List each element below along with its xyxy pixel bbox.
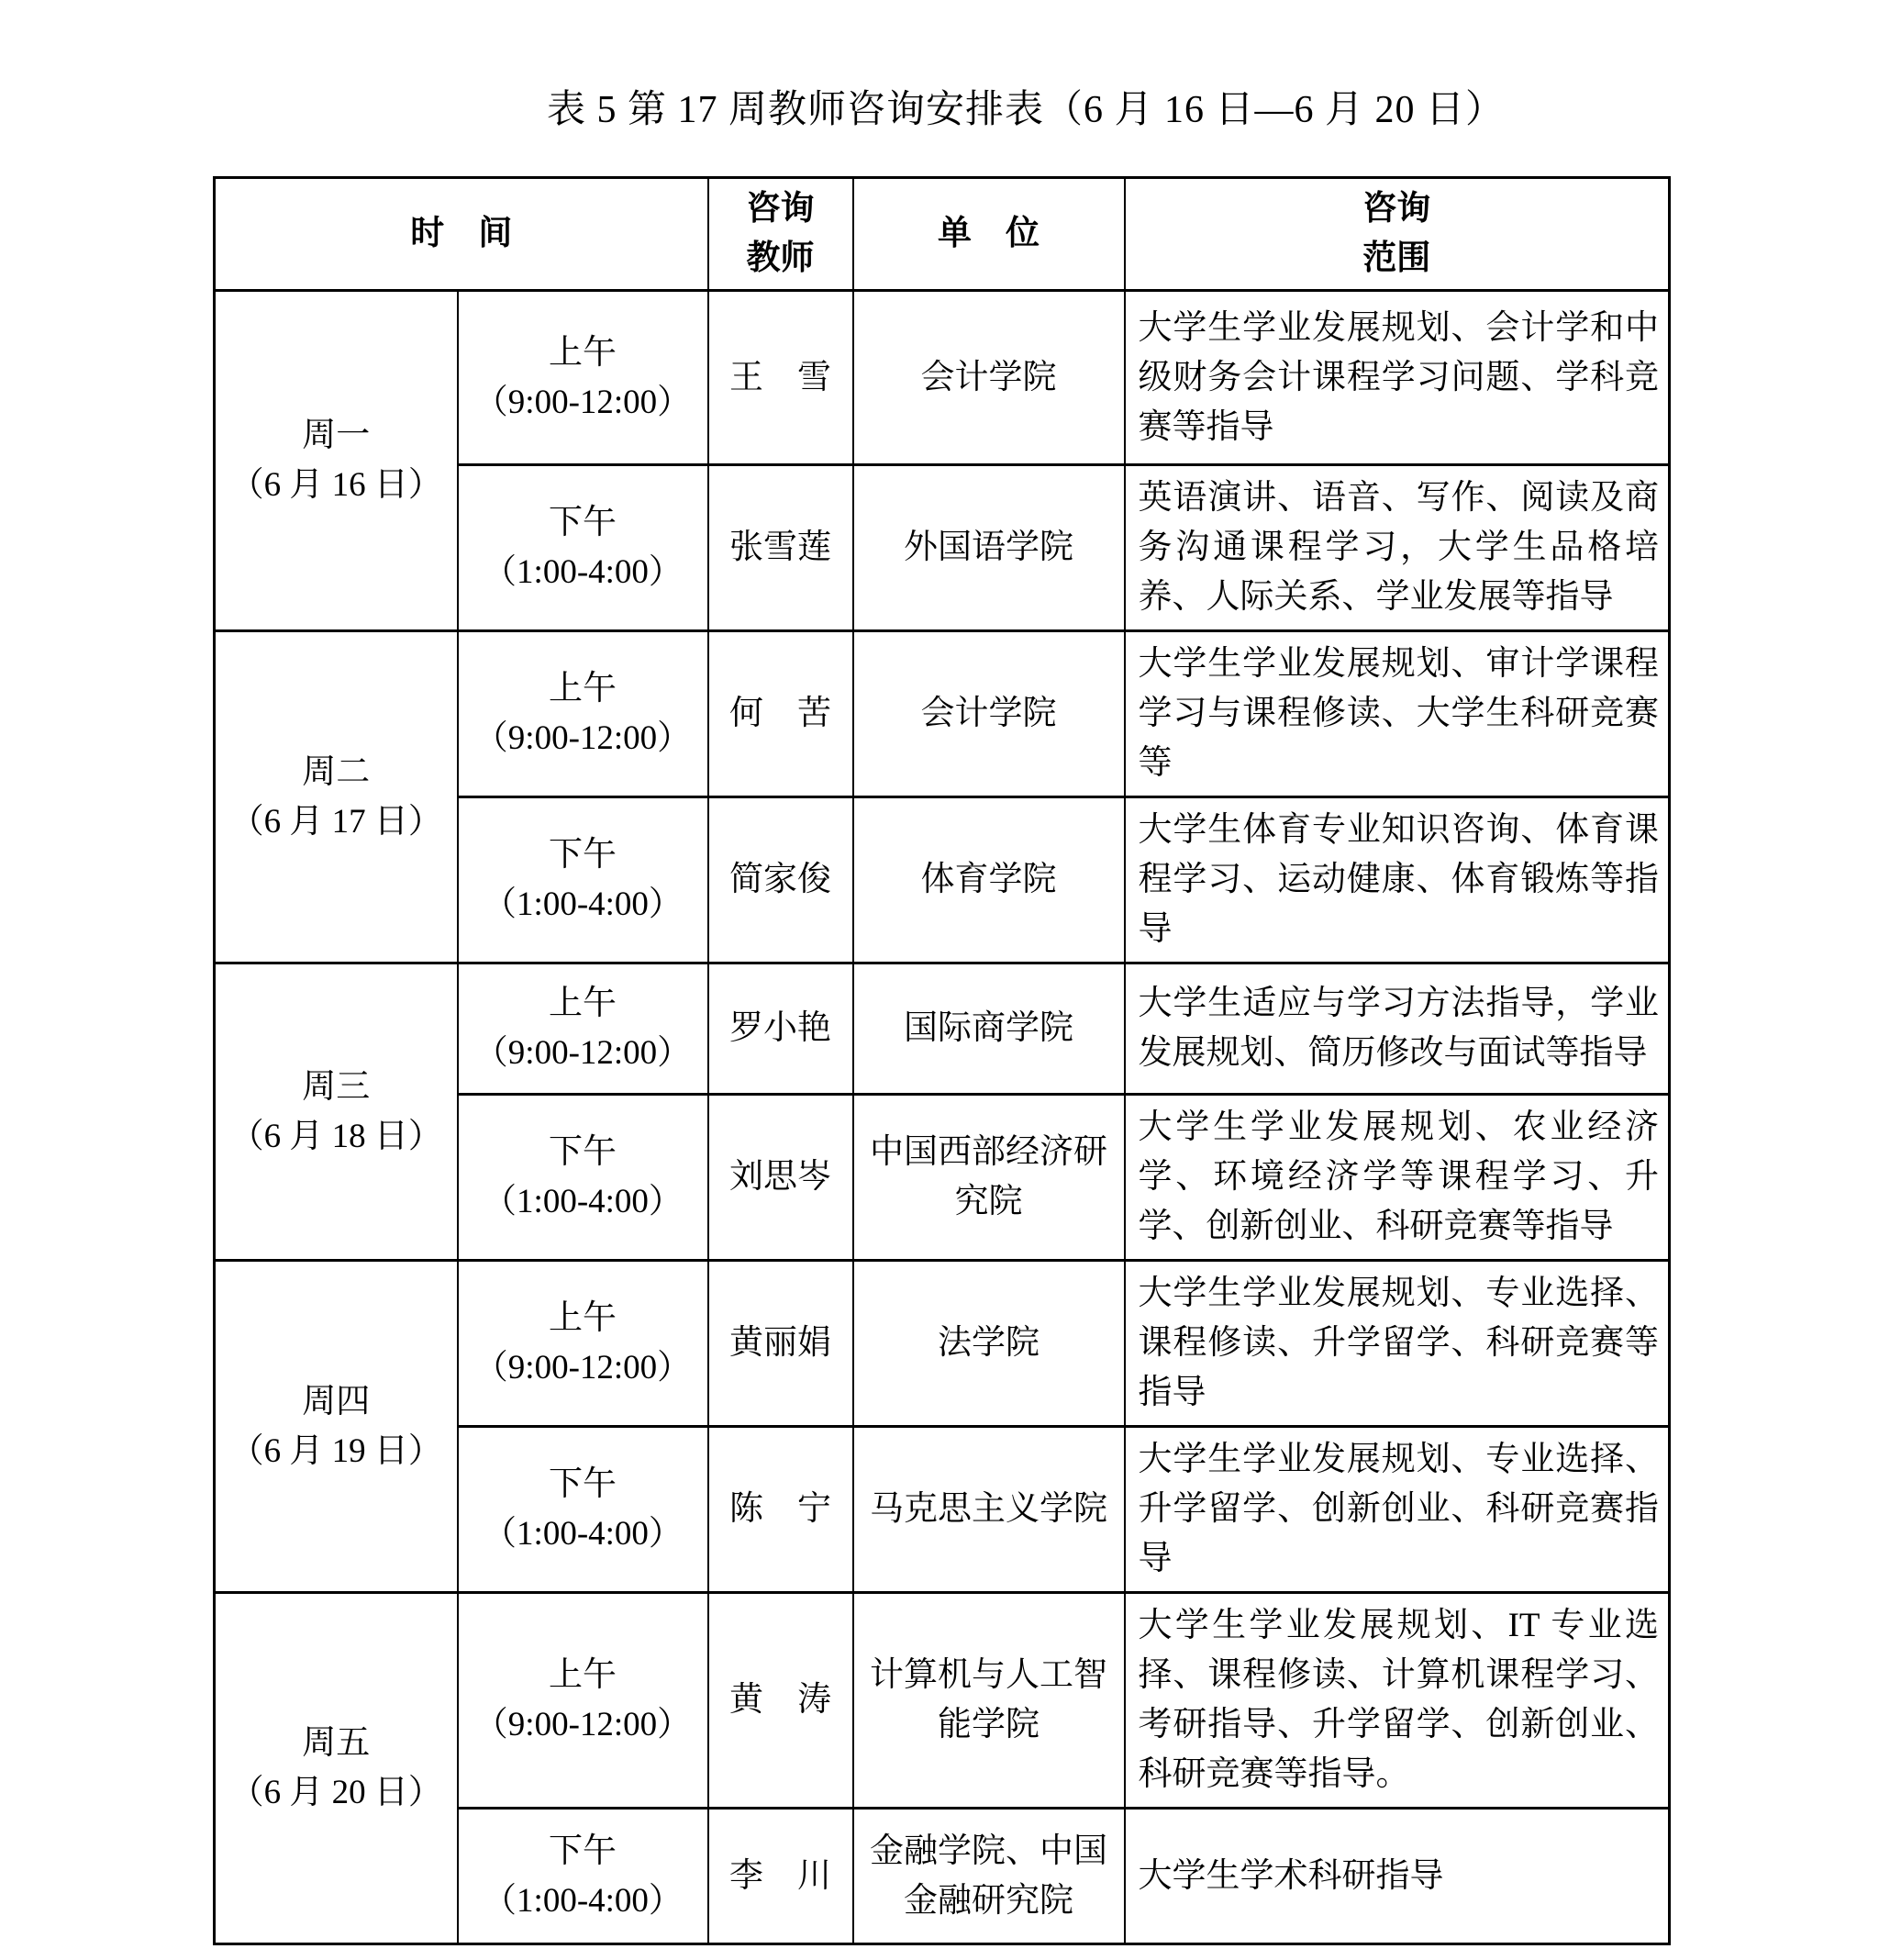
teacher-cell: 罗小艳 — [708, 963, 853, 1095]
scope-cell: 大学生学业发展规划、专业选择、课程修读、升学留学、科研竞赛等指导 — [1125, 1261, 1670, 1427]
unit-cell: 中国西部经济研究院 — [853, 1095, 1125, 1261]
teacher-cell: 简家俊 — [708, 797, 853, 963]
unit-cell: 马克思主义学院 — [853, 1427, 1125, 1593]
column-header-scope: 咨询 范围 — [1125, 178, 1670, 291]
header-row: 时 间 咨询 教师 单 位 咨询 范围 — [215, 178, 1670, 291]
scope-cell: 英语演讲、语音、写作、阅读及商务沟通课程学习，大学生品格培养、人际关系、学业发展… — [1125, 465, 1670, 631]
time-cell: 下午 （1:00-4:00） — [458, 797, 708, 963]
day-cell-thursday: 周四 （6 月 19 日） — [215, 1261, 458, 1593]
table-caption: 表 5 第 17 周教师咨询安排表（6 月 16 日—6 月 20 日） — [0, 84, 1879, 136]
day-cell-wednesday: 周三 （6 月 18 日） — [215, 963, 458, 1261]
day-cell-tuesday: 周二 （6 月 17 日） — [215, 631, 458, 963]
day-cell-monday: 周一 （6 月 16 日） — [215, 291, 458, 631]
time-cell: 下午 （1:00-4:00） — [458, 1427, 708, 1593]
teacher-cell: 刘思岑 — [708, 1095, 853, 1261]
time-cell: 上午 （9:00-12:00） — [458, 631, 708, 797]
time-cell: 上午 （9:00-12:00） — [458, 1261, 708, 1427]
unit-cell: 国际商学院 — [853, 963, 1125, 1095]
unit-cell: 体育学院 — [853, 797, 1125, 963]
consultation-schedule-table: 时 间 咨询 教师 单 位 咨询 范围 周一 （6 月 16 日） 上午 （9:… — [213, 176, 1671, 1945]
table-row: 周一 （6 月 16 日） 上午 （9:00-12:00） 王 雪 会计学院 大… — [215, 291, 1670, 465]
table-row: 周四 （6 月 19 日） 上午 （9:00-12:00） 黄丽娟 法学院 大学… — [215, 1261, 1670, 1427]
scope-cell: 大学生适应与学习方法指导，学业发展规划、简历修改与面试等指导 — [1125, 963, 1670, 1095]
table-row: 周二 （6 月 17 日） 上午 （9:00-12:00） 何 苦 会计学院 大… — [215, 631, 1670, 797]
time-cell: 上午 （9:00-12:00） — [458, 291, 708, 465]
scope-cell: 大学生学业发展规划、IT 专业选择、课程修读、计算机课程学习、考研指导、升学留学… — [1125, 1593, 1670, 1809]
table-row: 周五 （6 月 20 日） 上午 （9:00-12:00） 黄 涛 计算机与人工… — [215, 1593, 1670, 1809]
teacher-cell: 黄丽娟 — [708, 1261, 853, 1427]
teacher-cell: 张雪莲 — [708, 465, 853, 631]
time-cell: 下午 （1:00-4:00） — [458, 1809, 708, 1944]
scope-cell: 大学生学业发展规划、农业经济学、环境经济学等课程学习、升学、创新创业、科研竞赛等… — [1125, 1095, 1670, 1261]
unit-cell: 会计学院 — [853, 631, 1125, 797]
teacher-cell: 王 雪 — [708, 291, 853, 465]
column-header-unit: 单 位 — [853, 178, 1125, 291]
scope-cell: 大学生学术科研指导 — [1125, 1809, 1670, 1944]
day-cell-friday: 周五 （6 月 20 日） — [215, 1593, 458, 1944]
teacher-cell: 黄 涛 — [708, 1593, 853, 1809]
time-cell: 上午 （9:00-12:00） — [458, 1593, 708, 1809]
scope-cell: 大学生学业发展规划、审计学课程学习与课程修读、大学生科研竞赛等 — [1125, 631, 1670, 797]
unit-cell: 会计学院 — [853, 291, 1125, 465]
table-row: 周三 （6 月 18 日） 上午 （9:00-12:00） 罗小艳 国际商学院 … — [215, 963, 1670, 1095]
document-page: 表 5 第 17 周教师咨询安排表（6 月 16 日—6 月 20 日） 时 间… — [0, 0, 1879, 1960]
unit-cell: 法学院 — [853, 1261, 1125, 1427]
teacher-cell: 陈 宁 — [708, 1427, 853, 1593]
unit-cell: 计算机与人工智能学院 — [853, 1593, 1125, 1809]
scope-cell: 大学生学业发展规划、会计学和中级财务会计课程学习问题、学科竞赛等指导 — [1125, 291, 1670, 465]
time-cell: 上午 （9:00-12:00） — [458, 963, 708, 1095]
column-header-teacher: 咨询 教师 — [708, 178, 853, 291]
time-cell: 下午 （1:00-4:00） — [458, 465, 708, 631]
teacher-cell: 李 川 — [708, 1809, 853, 1944]
column-header-time: 时 间 — [215, 178, 708, 291]
teacher-cell: 何 苦 — [708, 631, 853, 797]
time-cell: 下午 （1:00-4:00） — [458, 1095, 708, 1261]
unit-cell: 金融学院、中国金融研究院 — [853, 1809, 1125, 1944]
scope-cell: 大学生学业发展规划、专业选择、升学留学、创新创业、科研竞赛指导 — [1125, 1427, 1670, 1593]
unit-cell: 外国语学院 — [853, 465, 1125, 631]
scope-cell: 大学生体育专业知识咨询、体育课程学习、运动健康、体育锻炼等指导 — [1125, 797, 1670, 963]
